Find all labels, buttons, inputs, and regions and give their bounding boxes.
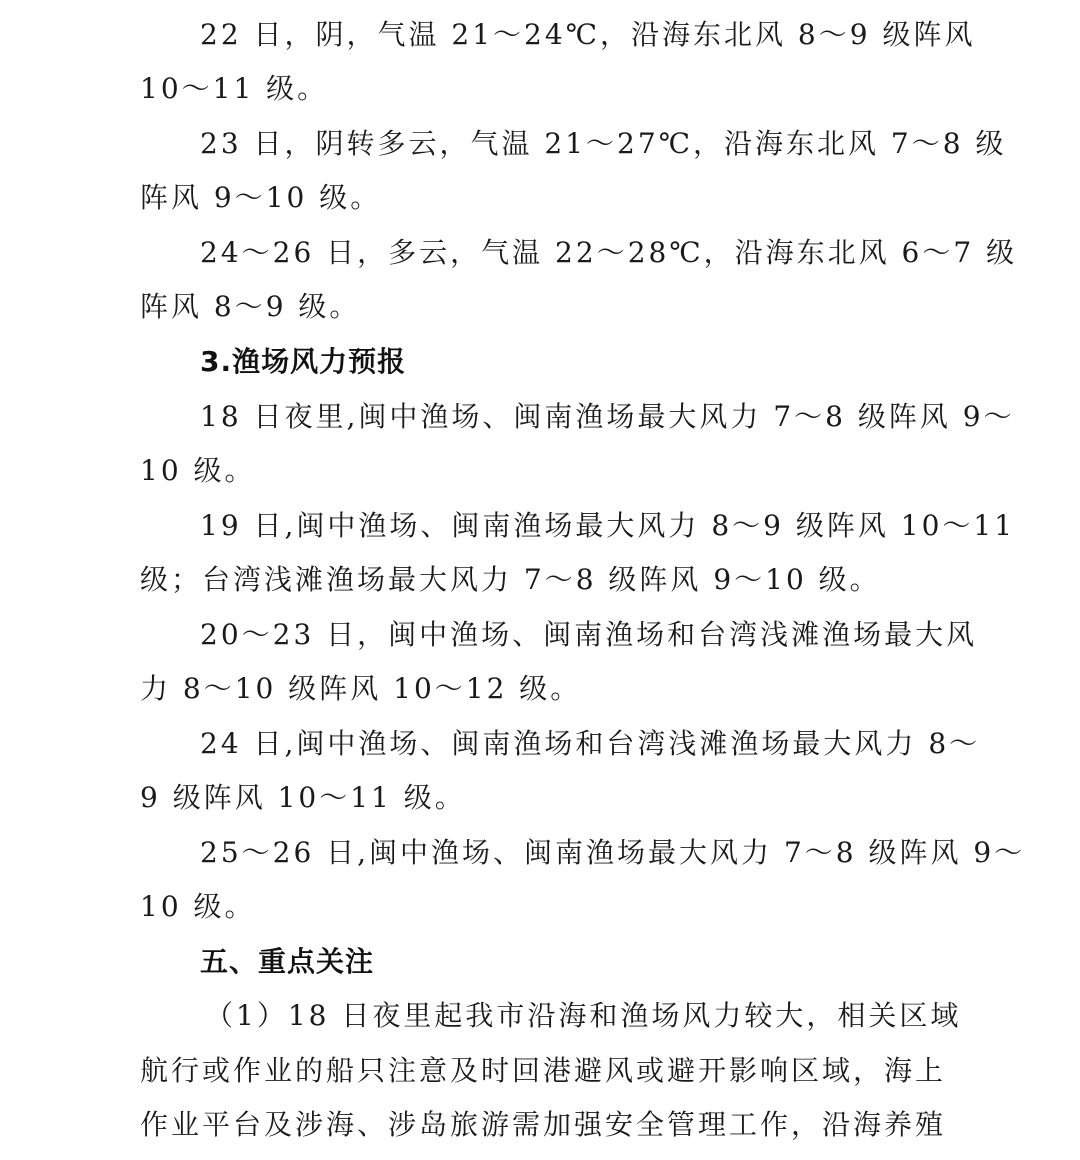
fishing-wind-19-line-1: 19 日,闽中渔场、闽南渔场最大风力 8～9 级阵风 10～11	[200, 499, 940, 553]
fishing-wind-25-26-line-2: 10 级。	[140, 880, 940, 934]
fishing-wind-18-line-2: 10 级。	[140, 444, 940, 498]
fishing-wind-24-line-1: 24 日,闽中渔场、闽南渔场和台湾浅滩渔场最大风力 8～	[200, 717, 940, 771]
forecast-day-22-line-2: 10～11 级。	[140, 62, 940, 116]
fishing-wind-25-26-line-1: 25～26 日,闽中渔场、闽南渔场最大风力 7～8 级阵风 9～	[200, 826, 940, 880]
key-focus-item-1-line-3: 作业平台及涉海、涉岛旅游需加强安全管理工作，沿海养殖	[140, 1098, 940, 1152]
fishing-wind-20-23-line-1: 20～23 日，闽中渔场、闽南渔场和台湾浅滩渔场最大风	[200, 608, 940, 662]
key-focus-item-1-line-1: （1）18 日夜里起我市沿海和渔场风力较大，相关区域	[205, 989, 1005, 1043]
forecast-day-23-line-1: 23 日，阴转多云，气温 21～27℃，沿海东北风 7～8 级	[200, 117, 940, 171]
key-focus-item-1-line-2: 航行或作业的船只注意及时回港避风或避开影响区域，海上	[140, 1044, 940, 1098]
fishing-wind-18-line-1: 18 日夜里,闽中渔场、闽南渔场最大风力 7～8 级阵风 9～	[200, 390, 940, 444]
forecast-day-24-26-line-2: 阵风 8～9 级。	[140, 280, 940, 334]
forecast-day-23-line-2: 阵风 9～10 级。	[140, 171, 940, 225]
section-heading-fishing-ground-wind: 3.渔场风力预报	[200, 335, 940, 389]
section-heading-key-focus: 五、重点关注	[200, 935, 940, 989]
document-page: 22 日，阴，气温 21～24℃，沿海东北风 8～9 级阵风 10～11 级。 …	[0, 0, 1080, 1160]
forecast-day-22-line-1: 22 日，阴，气温 21～24℃，沿海东北风 8～9 级阵风	[200, 8, 940, 62]
fishing-wind-19-line-2: 级；台湾浅滩渔场最大风力 7～8 级阵风 9～10 级。	[140, 553, 940, 607]
forecast-day-24-26-line-1: 24～26 日，多云，气温 22～28℃，沿海东北风 6～7 级	[200, 226, 940, 280]
fishing-wind-24-line-2: 9 级阵风 10～11 级。	[140, 771, 940, 825]
fishing-wind-20-23-line-2: 力 8～10 级阵风 10～12 级。	[140, 662, 940, 716]
